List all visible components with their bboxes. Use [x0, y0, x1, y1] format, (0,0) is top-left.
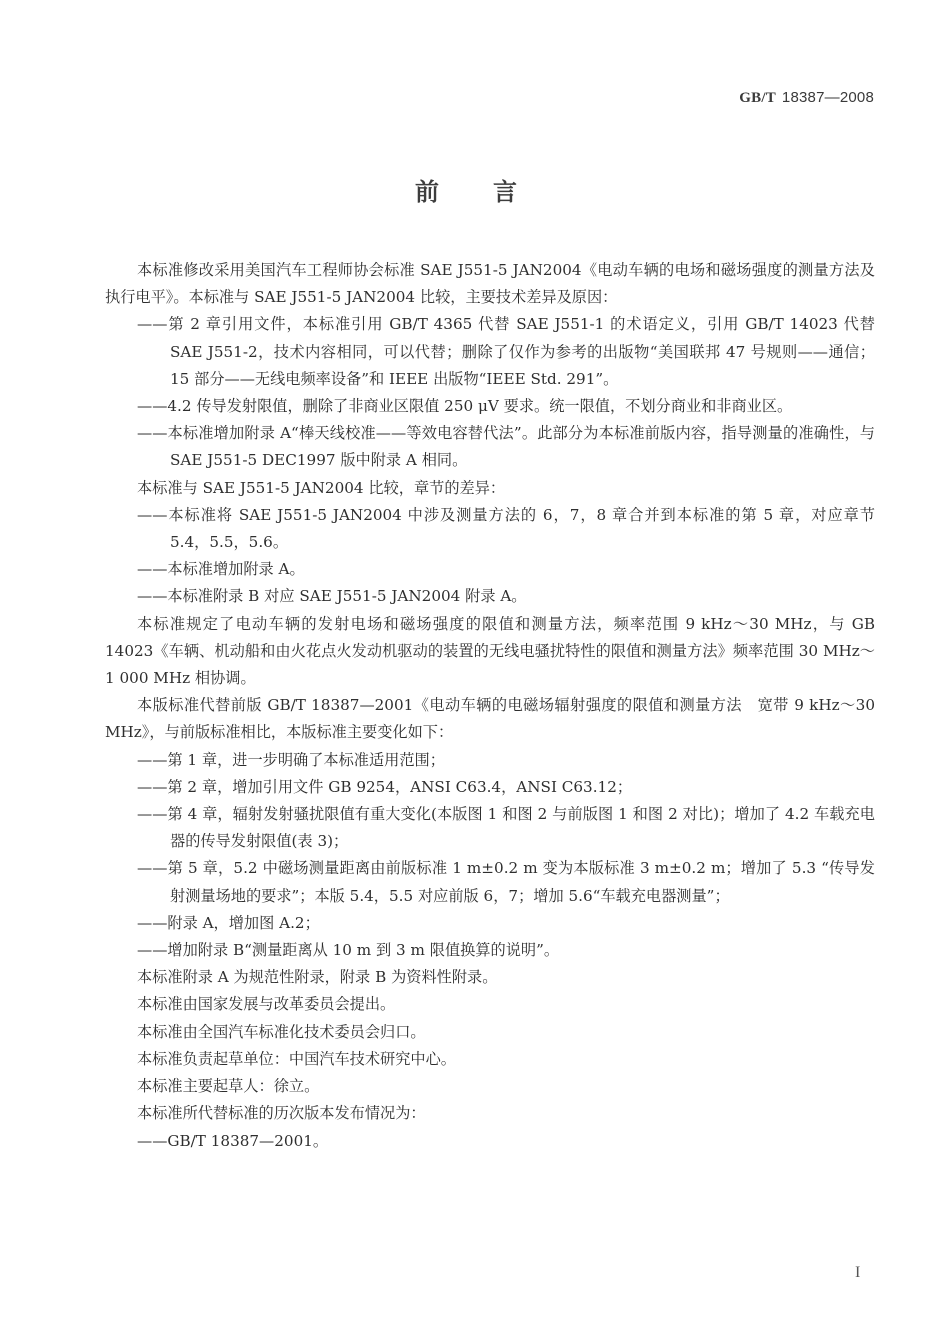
paragraph-adoption: 本标准修改采用美国汽车工程师协会标准 SAE J551-5 JAN2004《电动… [105, 257, 875, 311]
paragraph-drafting-unit: 本标准负责起草单位：中国汽车技术研究中心。 [105, 1046, 875, 1073]
paragraph-scope: 本标准规定了电动车辆的发射电场和磁场强度的限值和测量方法，频率范围 9 kHz～… [105, 611, 875, 693]
list-item-annex-a-figure: ——附录 A，增加图 A.2； [105, 910, 875, 937]
page-number: I [855, 1264, 860, 1282]
paragraph-drafter: 本标准主要起草人：徐立。 [105, 1073, 875, 1100]
page-title: 前言 [0, 172, 932, 207]
paragraph-proposed-by: 本标准由国家发展与改革委员会提出。 [105, 991, 875, 1018]
list-item-chapter5: ——第 5 章，5.2 中磁场测量距离由前版标准 1 m±0.2 m 变为本版标… [105, 855, 875, 909]
list-item-chapter4: ——第 4 章，辐射发射骚扰限值有重大变化(本版图 1 和图 2 与前版图 1 … [105, 801, 875, 855]
list-item-merged-chapters: ——本标准将 SAE J551-5 JAN2004 中涉及测量方法的 6，7，8… [105, 502, 875, 556]
document-body: 本标准修改采用美国汽车工程师协会标准 SAE J551-5 JAN2004《电动… [105, 257, 875, 1155]
standard-number-header: GB/T18387—2008 [739, 89, 874, 107]
list-item-annex-b: ——本标准附录 B 对应 SAE J551-5 JAN2004 附录 A。 [105, 583, 875, 610]
list-item-annex-b-added: ——增加附录 B“测量距离从 10 m 到 3 m 限值换算的说明”。 [105, 937, 875, 964]
paragraph-annex-types: 本标准附录 A 为规范性附录，附录 B 为资料性附录。 [105, 964, 875, 991]
list-item-chapter2-references: ——第 2 章引用文件，本标准引用 GB/T 4365 代替 SAE J551-… [105, 311, 875, 393]
paragraph-version-history: 本标准所代替标准的历次版本发布情况为： [105, 1100, 875, 1127]
paragraph-chapter-differences: 本标准与 SAE J551-5 JAN2004 比较，章节的差异： [105, 475, 875, 502]
list-item-chapter1: ——第 1 章，进一步明确了本标准适用范围； [105, 747, 875, 774]
standard-prefix: GB/T [739, 90, 776, 106]
list-item-previous-version: ——GB/T 18387—2001。 [105, 1128, 875, 1155]
paragraph-centralized-by: 本标准由全国汽车标准化技术委员会归口。 [105, 1019, 875, 1046]
list-item-annex-a-added: ——本标准增加附录 A“棒天线校准——等效电容替代法”。此部分为本标准前版内容，… [105, 420, 875, 474]
list-item-conducted-limits: ——4.2 传导发射限值，删除了非商业区限值 250 μV 要求。统一限值，不划… [105, 393, 875, 420]
standard-code: 18387—2008 [782, 89, 874, 106]
list-item-annex-a: ——本标准增加附录 A。 [105, 556, 875, 583]
list-item-chapter2: ——第 2 章，增加引用文件 GB 9254，ANSI C63.4，ANSI C… [105, 774, 875, 801]
paragraph-replaces: 本版标准代替前版 GB/T 18387—2001《电动车辆的电磁场辐射强度的限值… [105, 692, 875, 746]
